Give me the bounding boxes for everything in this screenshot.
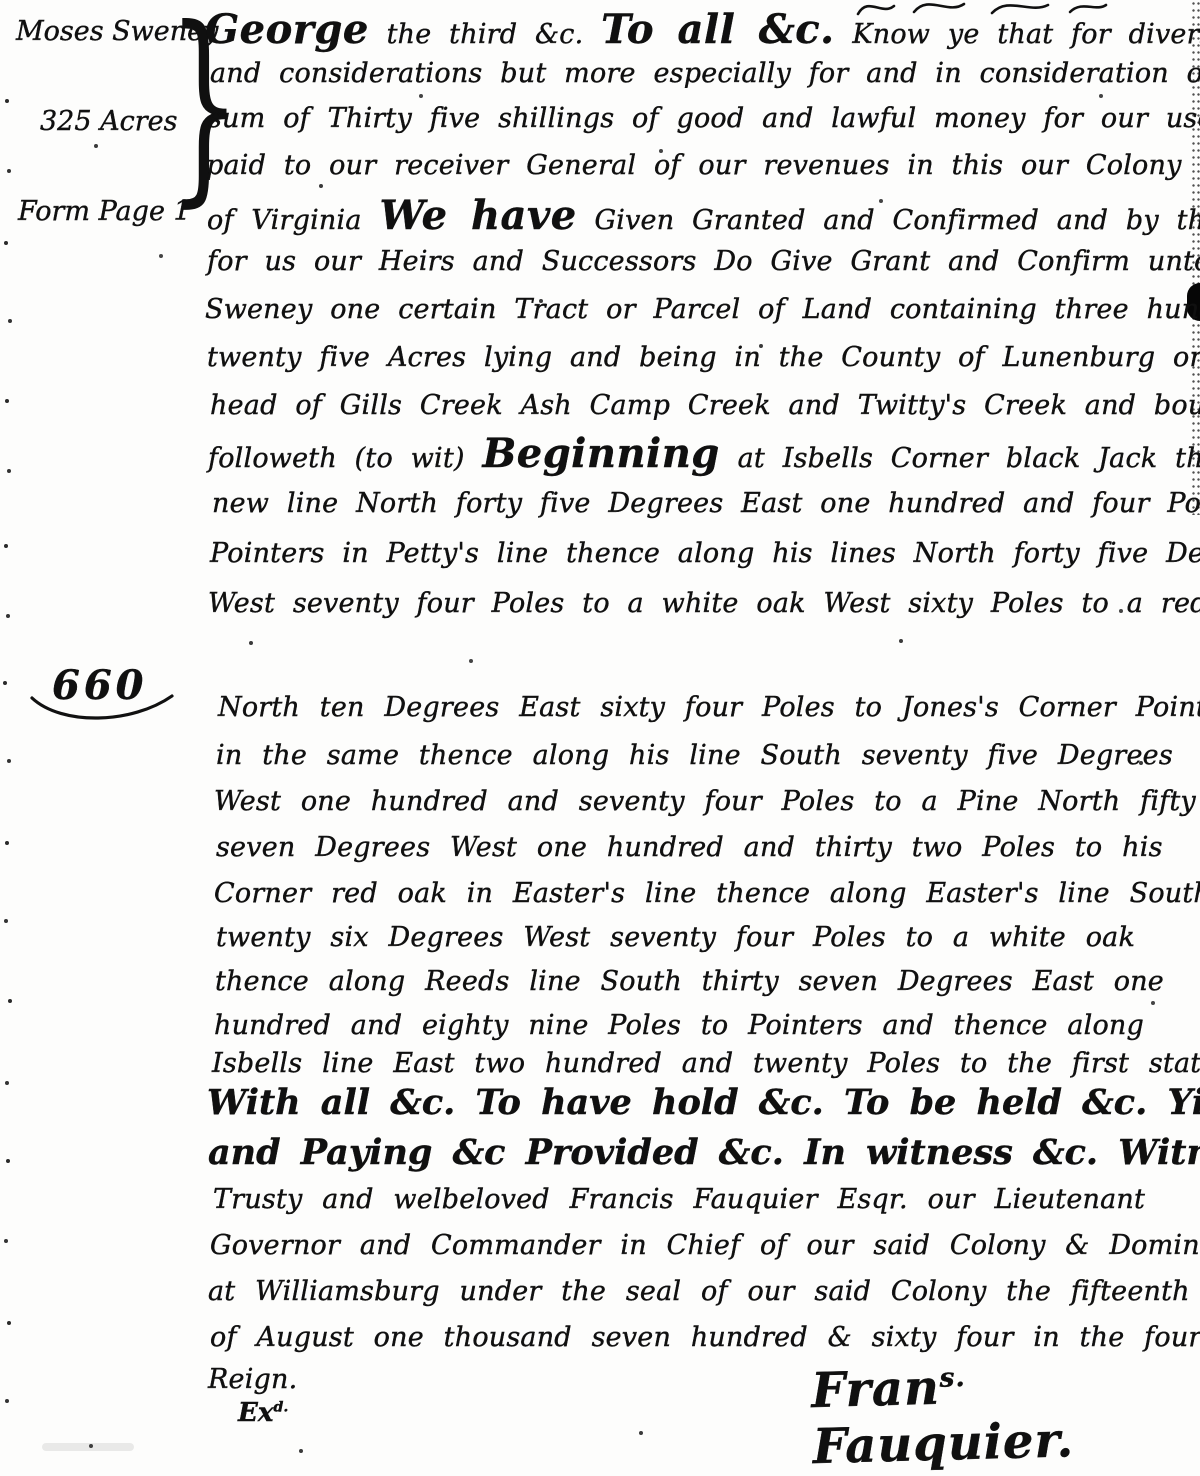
- p1-line-1: George the third &c. To all &c. Know ye …: [205, 6, 1200, 53]
- p1-line-1-seg4: Know ye that for divers good causes: [852, 19, 1200, 50]
- p2-line-11-seg1: and Paying &c Provided &c. In witness &c…: [208, 1132, 1200, 1173]
- p2-line-10: With all &c. To have hold &c. To be held…: [207, 1082, 1200, 1123]
- word-george: George: [205, 6, 369, 53]
- p1-line-9: head of Gills Creek Ash Camp Creek and T…: [210, 390, 1200, 421]
- signature-last-name: Fauquier.: [812, 1412, 1075, 1475]
- p1-line-4: paid to our receiver General of our reve…: [206, 150, 1200, 181]
- p1-line-3: sum of Thirty five shillings of good and…: [208, 103, 1200, 134]
- signature-superscript: s.: [939, 1362, 966, 1394]
- p1-line-10-seg1: followeth (to wit): [208, 443, 465, 474]
- p1-line-7: Sweney one certain Tract or Parcel of La…: [205, 294, 1200, 325]
- p1-line-5: of Virginia We have Given Granted and Co…: [207, 192, 1200, 239]
- p1-line-5-seg1: of Virginia: [207, 205, 362, 236]
- p1-line-10-seg3: at Isbells Corner black Jack thence a: [738, 443, 1200, 474]
- word-beginning: Beginning: [482, 430, 719, 477]
- examined-notation: Exd.: [238, 1398, 288, 1428]
- p1-line-1-seg2: the third &c.: [387, 19, 584, 50]
- p2-line-12: Trusty and welbeloved Francis Fauquier E…: [213, 1184, 1145, 1215]
- p1-line-6: for us our Heirs and Successors Do Give …: [207, 246, 1200, 277]
- p1-line-12: Pointers in Petty's line thence along hi…: [210, 538, 1200, 569]
- p2-line-13: Governor and Commander in Chief of our s…: [210, 1230, 1200, 1261]
- signature-first-name: Fran: [811, 1360, 941, 1419]
- scan-noise-speckles: [0, 0, 2, 2]
- p2-line-4: seven Degrees West one hundred and thirt…: [216, 832, 1163, 863]
- word-to-all: To all &c.: [601, 6, 834, 53]
- word-we-have: We have: [379, 192, 576, 239]
- p2-line-15: of August one thousand seven hundred & s…: [210, 1322, 1200, 1353]
- examined-superscript: d.: [273, 1399, 288, 1415]
- margin-acreage: 325 Acres: [40, 106, 177, 137]
- p2-line-11: and Paying &c Provided &c. In witness &c…: [208, 1132, 1200, 1173]
- scan-smudge: [42, 1443, 134, 1451]
- p1-line-11: new line North forty five Degrees East o…: [212, 488, 1200, 519]
- p2-line-3: West one hundred and seventy four Poles …: [214, 786, 1196, 817]
- page-number-flourish: [28, 694, 178, 724]
- p2-line-16: Reign.: [208, 1364, 297, 1395]
- p2-line-7: thence along Reeds line South thirty sev…: [215, 966, 1164, 997]
- scanned-document-page: Moses Sweney 325 Acres Form Page 1 } Geo…: [0, 0, 1200, 1476]
- p1-line-13: West seventy four Poles to a white oak W…: [208, 588, 1200, 619]
- p2-line-6: twenty six Degrees West seventy four Pol…: [216, 922, 1135, 953]
- p1-line-8: twenty five Acres lying and being in the…: [207, 342, 1200, 373]
- p1-line-10: followeth (to wit) Beginning at Isbells …: [208, 430, 1200, 477]
- p2-line-5: Corner red oak in Easter's line thence a…: [214, 878, 1200, 909]
- p2-line-14: at Williamsburg under the seal of our sa…: [208, 1276, 1200, 1307]
- p1-line-2: and considerations but more especially f…: [210, 58, 1200, 89]
- p2-line-9: Isbells line East two hundred and twenty…: [212, 1048, 1200, 1079]
- examined-text: Ex: [238, 1398, 273, 1428]
- p1-line-5-seg3: Given Granted and Confirmed and by these…: [594, 205, 1200, 236]
- p2-line-2: in the same thence along his line South …: [216, 740, 1173, 771]
- governor-signature: Frans. Fauquier.: [811, 1353, 1200, 1475]
- p2-line-8: hundred and eighty nine Poles to Pointer…: [214, 1010, 1144, 1041]
- margin-form-page: Form Page 1: [18, 196, 191, 227]
- p2-line-1: North ten Degrees East sixty four Poles …: [218, 692, 1200, 723]
